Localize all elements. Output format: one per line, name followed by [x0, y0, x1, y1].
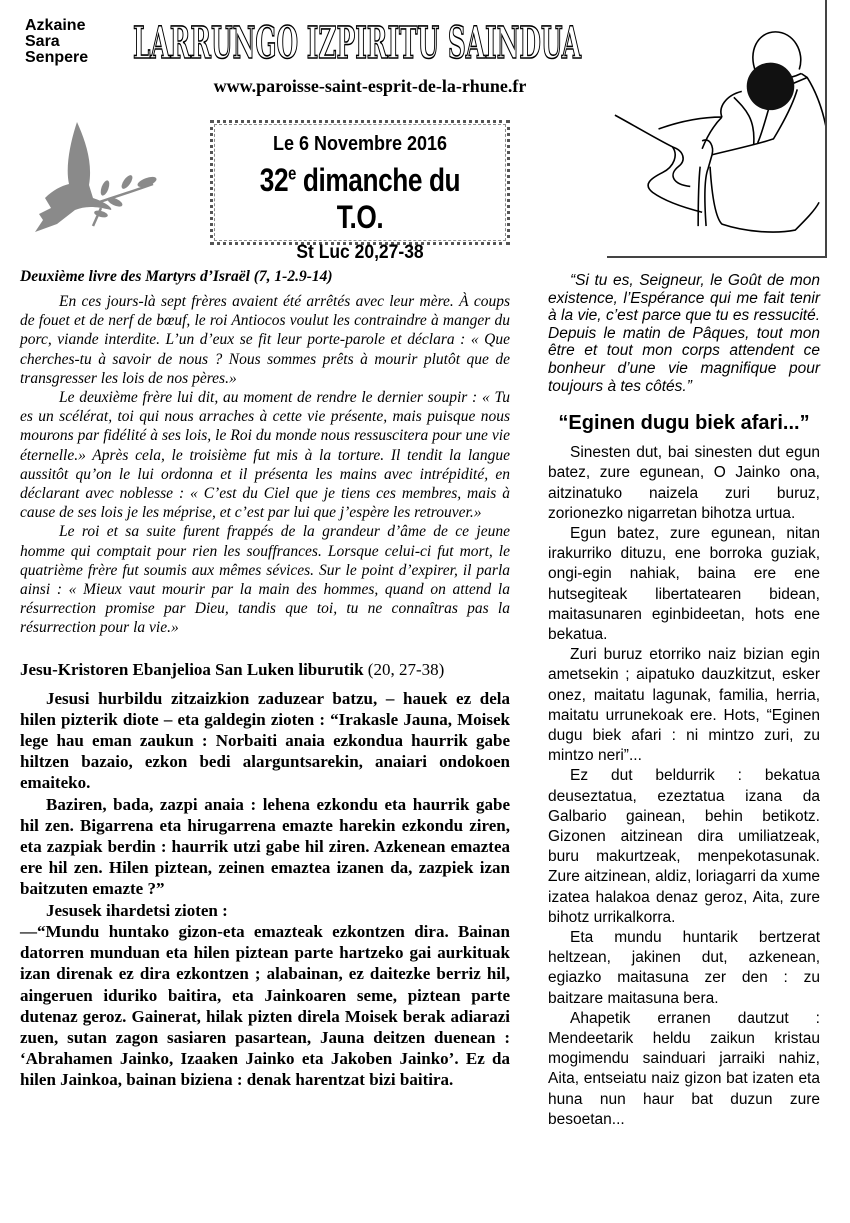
dove-with-olive-branch-icon	[15, 110, 165, 240]
prayer-paragraph: Sinesten dut, bai sinesten dut egun bate…	[548, 443, 820, 524]
website-link[interactable]: www.paroisse-saint-esprit-de-la-rhune.fr	[190, 76, 550, 97]
gospel-paragraph: Jesusek ihardetsi zioten :	[20, 900, 510, 921]
prayer-paragraph: Ez dut beldurrik : bekatua deuseztatua, …	[548, 766, 820, 928]
first-reading-paragraph: En ces jours-là sept frères avaient été …	[20, 292, 510, 388]
prayer-paragraph: Eta mundu huntarik bertzerat heltzean, j…	[548, 928, 820, 1009]
prayer-paragraph: Egun batez, zure egunean, nitan irakurri…	[548, 524, 820, 645]
gospel-title-reference: (20, 27-38)	[364, 660, 445, 679]
gospel-title: Jesu-Kristoren Ebanjelioa San Luken libu…	[20, 660, 510, 680]
sunday-suffix: e	[288, 163, 296, 183]
parish-azkaine: Azkaine	[25, 18, 88, 34]
gospel-paragraph: Jesusi hurbildu zitzaizkion zaduzear bat…	[20, 688, 510, 794]
gospel-paragraph: Baziren, bada, zazpi anaia : lehena ezko…	[20, 794, 510, 900]
sunday-text: dimanche du T.O.	[296, 162, 460, 235]
sidebar-quote: “Si tu es, Seigneur, le Goût de mon exis…	[548, 272, 820, 395]
date-box: Le 6 Novembre 2016 32e dimanche du T.O. …	[210, 120, 510, 245]
first-reading-title: Deuxième livre des Martyrs d’Israël (7, …	[20, 268, 510, 286]
gospel-paragraph: —“Mundu huntako gizon-eta emazteak ezkon…	[20, 921, 510, 1091]
gospel-reference: St Luc 20,27-38	[225, 242, 495, 264]
prayer-paragraph: Ahapetik erranen dautzut : Mendeetarik h…	[548, 1009, 820, 1130]
parish-senpere: Senpere	[25, 50, 88, 66]
parish-sara: Sara	[25, 34, 88, 50]
sunday-label: 32e dimanche du T.O.	[239, 162, 480, 236]
prayer-paragraph: Zuri buruz etorriko naiz bizian egin ame…	[548, 645, 820, 766]
first-reading-paragraph: Le roi et sa suite furent frappés de la …	[20, 522, 510, 637]
parish-names: Azkaine Sara Senpere	[25, 18, 88, 66]
first-reading-paragraph: Le deuxième frère lui dit, au moment de …	[20, 388, 510, 522]
sidebar-column: “Si tu es, Seigneur, le Goût de mon exis…	[548, 272, 820, 1130]
gospel-title-text: Jesu-Kristoren Ebanjelioa San Luken libu…	[20, 660, 364, 679]
date-text: Le 6 Novembre 2016	[228, 133, 493, 156]
sunday-number: 32	[260, 162, 288, 198]
embracing-figures-illustration	[607, 0, 827, 258]
masthead-title: LARRUNGO IZPIRITU SAINDUA	[130, 14, 585, 66]
masthead-text: LARRUNGO IZPIRITU SAINDUA	[133, 18, 581, 66]
prayer-title: “Eginen dugu biek afari...”	[548, 413, 820, 433]
readings-column: Deuxième livre des Martyrs d’Israël (7, …	[20, 268, 510, 1091]
